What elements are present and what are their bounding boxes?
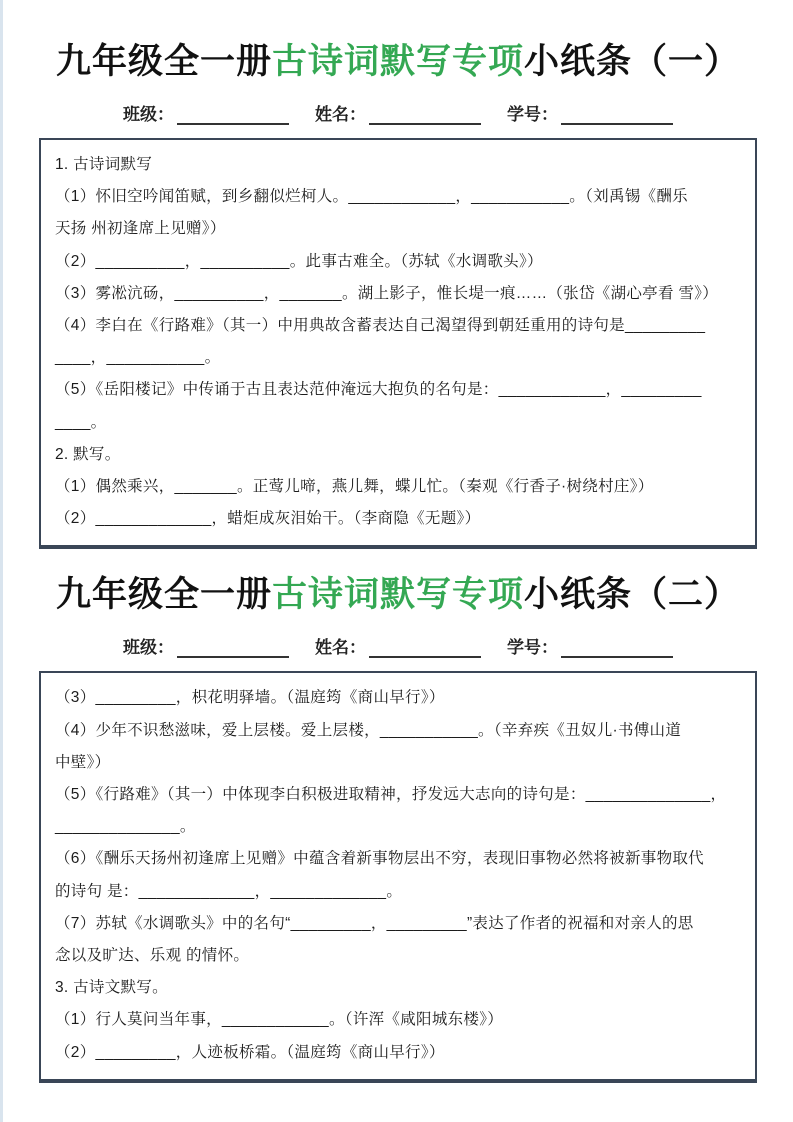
student-id-field: 学号： (507, 633, 673, 658)
class-field: 班级： (123, 100, 289, 125)
question-line: （7）苏轼《水调歌头》中的名句“_________，_________”表达了作… (55, 908, 743, 940)
student-id-label: 学号： (507, 633, 558, 658)
question-line: （1）行人莫问当年事，____________。（许浑《咸阳城东楼》） (55, 1004, 743, 1036)
question-line: 3. 古诗文默写。 (55, 972, 743, 1004)
class-field: 班级： (123, 633, 289, 658)
question-line: （5）《行路难》（其一）中体现李白积极进取精神，抒发远大志向的诗句是：_____… (55, 779, 743, 811)
question-box-1: 1. 古诗词默写 （1）怀旧空吟闻笛赋，到乡翻似烂柯人。____________… (39, 138, 757, 549)
question-line: （3）雾凇沆砀，__________，_______。湖上影子，惟长堤一痕……（… (55, 278, 743, 310)
section-1-title: 九年级全一册古诗词默写专项小纸条（一） (3, 40, 793, 84)
question-line: ____。 (55, 407, 743, 439)
student-id-label: 学号： (507, 100, 558, 125)
question-line: （4）少年不识愁滋味，爱上层楼。爱上层楼，___________。（辛弃疾《丑奴… (55, 715, 743, 747)
name-field: 姓名： (315, 100, 481, 125)
question-line: 的诗句 是：_____________，_____________。 (55, 876, 743, 908)
name-field: 姓名： (315, 633, 481, 658)
title-highlight: 古诗词默写专项 (272, 42, 524, 81)
question-line: （2）__________，__________。此事古难全。（苏轼《水调歌头》… (55, 246, 743, 278)
question-line: （3）_________，枳花明驿墙。（温庭筠《商山早行》） (55, 682, 743, 714)
name-label: 姓名： (315, 633, 366, 658)
question-line: 1. 古诗词默写 (55, 149, 743, 181)
question-line: （2）_________，人迹板桥霜。（温庭筠《商山早行》） (55, 1037, 743, 1069)
question-line: （5）《岳阳楼记》中传诵于古且表达范仲淹远大抱负的名句是：___________… (55, 374, 743, 406)
student-id-field: 学号： (507, 100, 673, 125)
question-box-2: （3）_________，枳花明驿墙。（温庭筠《商山早行》） （4）少年不识愁滋… (39, 671, 757, 1082)
question-line: （4）李白在《行路难》（其一）中用典故含蓄表达自己渴望得到朝廷重用的诗句是___… (55, 310, 743, 342)
section-2-title: 九年级全一册古诗词默写专项小纸条（二） (3, 573, 793, 617)
student-id-blank-line (561, 107, 673, 125)
name-blank-line (369, 107, 481, 125)
question-line: 天扬 州初逢席上见赠》） (55, 213, 743, 245)
question-line: （1）偶然乘兴，_______。正莺儿啼，燕儿舞，蝶儿忙。（秦观《行香子·树绕村… (55, 471, 743, 503)
question-line: ____，___________。 (55, 342, 743, 374)
title-suffix: 小纸条（一） (524, 42, 740, 81)
name-blank-line (369, 640, 481, 658)
question-line: 中壁》） (55, 747, 743, 779)
class-label: 班级： (123, 100, 174, 125)
question-line: （2）_____________，蜡炬成灰泪始干。（李商隐《无题》） (55, 503, 743, 535)
student-id-blank-line (561, 640, 673, 658)
question-line: ______________。 (55, 811, 743, 843)
class-blank-line (177, 107, 289, 125)
title-prefix: 九年级全一册 (56, 42, 272, 81)
class-blank-line (177, 640, 289, 658)
question-line: （6）《酬乐天扬州初逢席上见赠》中蕴含着新事物层出不穷，表现旧事物必然将被新事物… (55, 843, 743, 875)
title-highlight: 古诗词默写专项 (272, 575, 524, 614)
class-label: 班级： (123, 633, 174, 658)
name-label: 姓名： (315, 100, 366, 125)
student-info-row-1: 班级： 姓名： 学号： (3, 100, 793, 125)
question-line: 2. 默写。 (55, 439, 743, 471)
student-info-row-2: 班级： 姓名： 学号： (3, 633, 793, 658)
title-suffix: 小纸条（二） (524, 575, 740, 614)
question-line: 念以及旷达、乐观 的情怀。 (55, 940, 743, 972)
question-line: （1）怀旧空吟闻笛赋，到乡翻似烂柯人。____________，________… (55, 181, 743, 213)
title-prefix: 九年级全一册 (56, 575, 272, 614)
worksheet-page: 九年级全一册古诗词默写专项小纸条（一） 班级： 姓名： 学号： 1. 古诗词默写… (0, 0, 793, 1122)
